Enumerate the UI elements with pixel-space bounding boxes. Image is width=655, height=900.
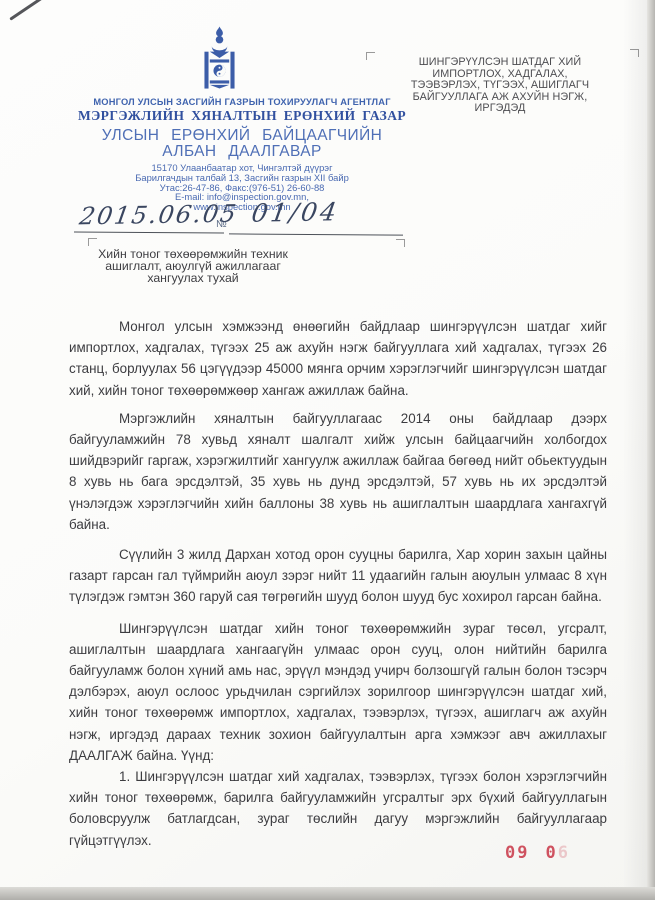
body-paragraph: Шингэрүүлсэн шатдаг хийн тоног төхөөрөмж… bbox=[69, 618, 607, 766]
number-underline bbox=[229, 233, 403, 236]
page-number-stamp: 0906 bbox=[505, 843, 570, 863]
handwritten-document-number: 01/04 bbox=[250, 197, 342, 228]
scan-shadow bbox=[623, 0, 649, 900]
crop-mark-subject-left bbox=[88, 238, 97, 246]
body-paragraph: Мэргэжлийн хяналтын байгууллагаас 2014 о… bbox=[69, 408, 607, 535]
soyombo-emblem-icon bbox=[203, 26, 236, 89]
crop-mark-subject-right bbox=[396, 239, 405, 247]
subject-block: Хийн тоног төхөөрөмжийн техник ашиглалт,… bbox=[86, 249, 300, 284]
document-title-line1: УЛСЫН ЕРӨНХИЙ БАЙЦААГЧИЙН bbox=[28, 128, 456, 144]
addressee-line: ИРГЭДЭД bbox=[372, 103, 628, 115]
body-paragraph: Монгол улсын хэмжээнд өнөөгийн байдлаар … bbox=[69, 316, 607, 401]
addressee-line: ТЭЭВЭРЛЭХ, ТҮГЭЭХ, АШИГЛАГЧ bbox=[372, 80, 628, 92]
document-title-line2: АЛБАН ДААЛГАВАР bbox=[28, 144, 456, 160]
number-sign: № bbox=[216, 219, 227, 230]
subject-line: хангуулах тухай bbox=[86, 273, 300, 285]
body-list-item-1: 1. Шингэрүүлсэн шатдаг хий хадгалах, тээ… bbox=[69, 766, 607, 851]
address-line1: 15170 Улаанбаатар хот, Чингэлтэй дүүрэг bbox=[28, 163, 456, 172]
address-line2: Барилгачдын талбай 13, Засгийн газрын XI… bbox=[28, 173, 456, 182]
paper-edge-bottom bbox=[0, 887, 655, 900]
addressee-line: ШИНГЭРҮҮЛСЭН ШАТДАГ ХИЙ bbox=[372, 57, 628, 69]
addressee-block: ШИНГЭРҮҮЛСЭН ШАТДАГ ХИЙ ИМПОРТЛОХ, ХАДГА… bbox=[372, 57, 628, 115]
paper-edge-right bbox=[647, 0, 655, 900]
pen-mark bbox=[9, 0, 44, 20]
stamp-digit: 0 bbox=[545, 843, 557, 863]
stamp-digit-faint: 6 bbox=[558, 843, 570, 863]
stamp-digits: 09 bbox=[505, 843, 529, 863]
body-paragraph: Сүүлийн 3 жилд Дархан хотод орон сууцны … bbox=[69, 544, 607, 608]
scanned-letter-page: МОНГОЛ УЛСЫН ЗАСГИЙН ГАЗРЫН ТОХИРУУЛАГЧ … bbox=[0, 0, 655, 900]
date-underline bbox=[74, 231, 224, 233]
letter-body: Монгол улсын хэмжээнд өнөөгийн байдлаар … bbox=[69, 316, 607, 851]
